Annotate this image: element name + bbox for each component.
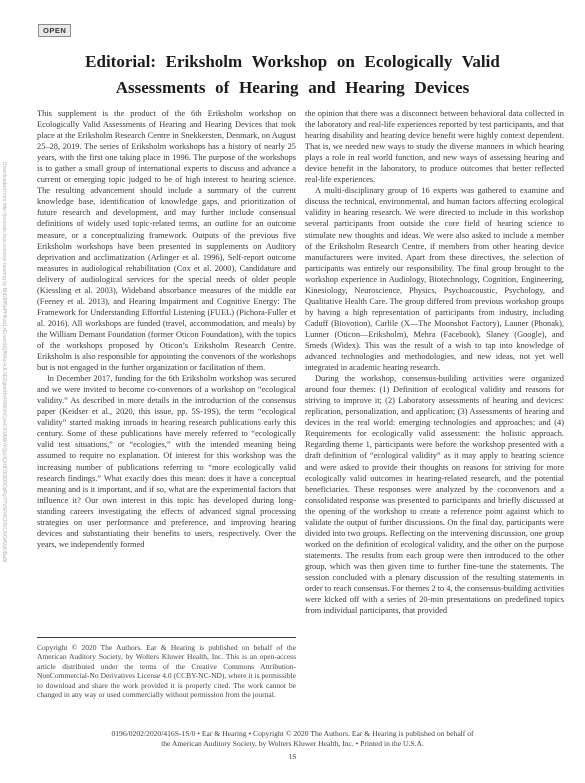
footer-citation-line2: the American Auditory Society, by Wolter…: [0, 739, 585, 749]
article-title: Editorial: Eriksholm Workshop on Ecologi…: [56, 49, 530, 101]
page-footer: 0196/0202/2020/416S-1S/0 • Ear & Hearing…: [0, 729, 585, 762]
paragraph-expert-group: A multi-disciplinary group of 16 experts…: [305, 185, 564, 373]
article-body: This supplement is the product of the 6t…: [37, 108, 564, 616]
page-number: 1S: [0, 752, 585, 762]
footer-citation-line1: 0196/0202/2020/416S-1S/0 • Ear & Hearing…: [0, 729, 585, 739]
paragraph-intro: This supplement is the product of the 6t…: [37, 108, 296, 373]
open-access-badge: OPEN: [38, 24, 71, 37]
download-watermark: Downloaded from http://journals.lww.com/…: [1, 162, 7, 562]
paragraph-funding: In December 2017, funding for the 6th Er…: [37, 373, 296, 550]
journal-page: Downloaded from http://journals.lww.com/…: [0, 0, 585, 783]
right-column: the opinion that there was a disconnect …: [305, 108, 564, 616]
paragraph-themes: During the workshop, consensus-building …: [305, 373, 564, 616]
copyright-notice: Copyright © 2020 The Authors. Ear & Hear…: [37, 637, 296, 699]
left-column: This supplement is the product of the 6t…: [37, 108, 296, 616]
paragraph-opinion: the opinion that there was a disconnect …: [305, 108, 564, 185]
